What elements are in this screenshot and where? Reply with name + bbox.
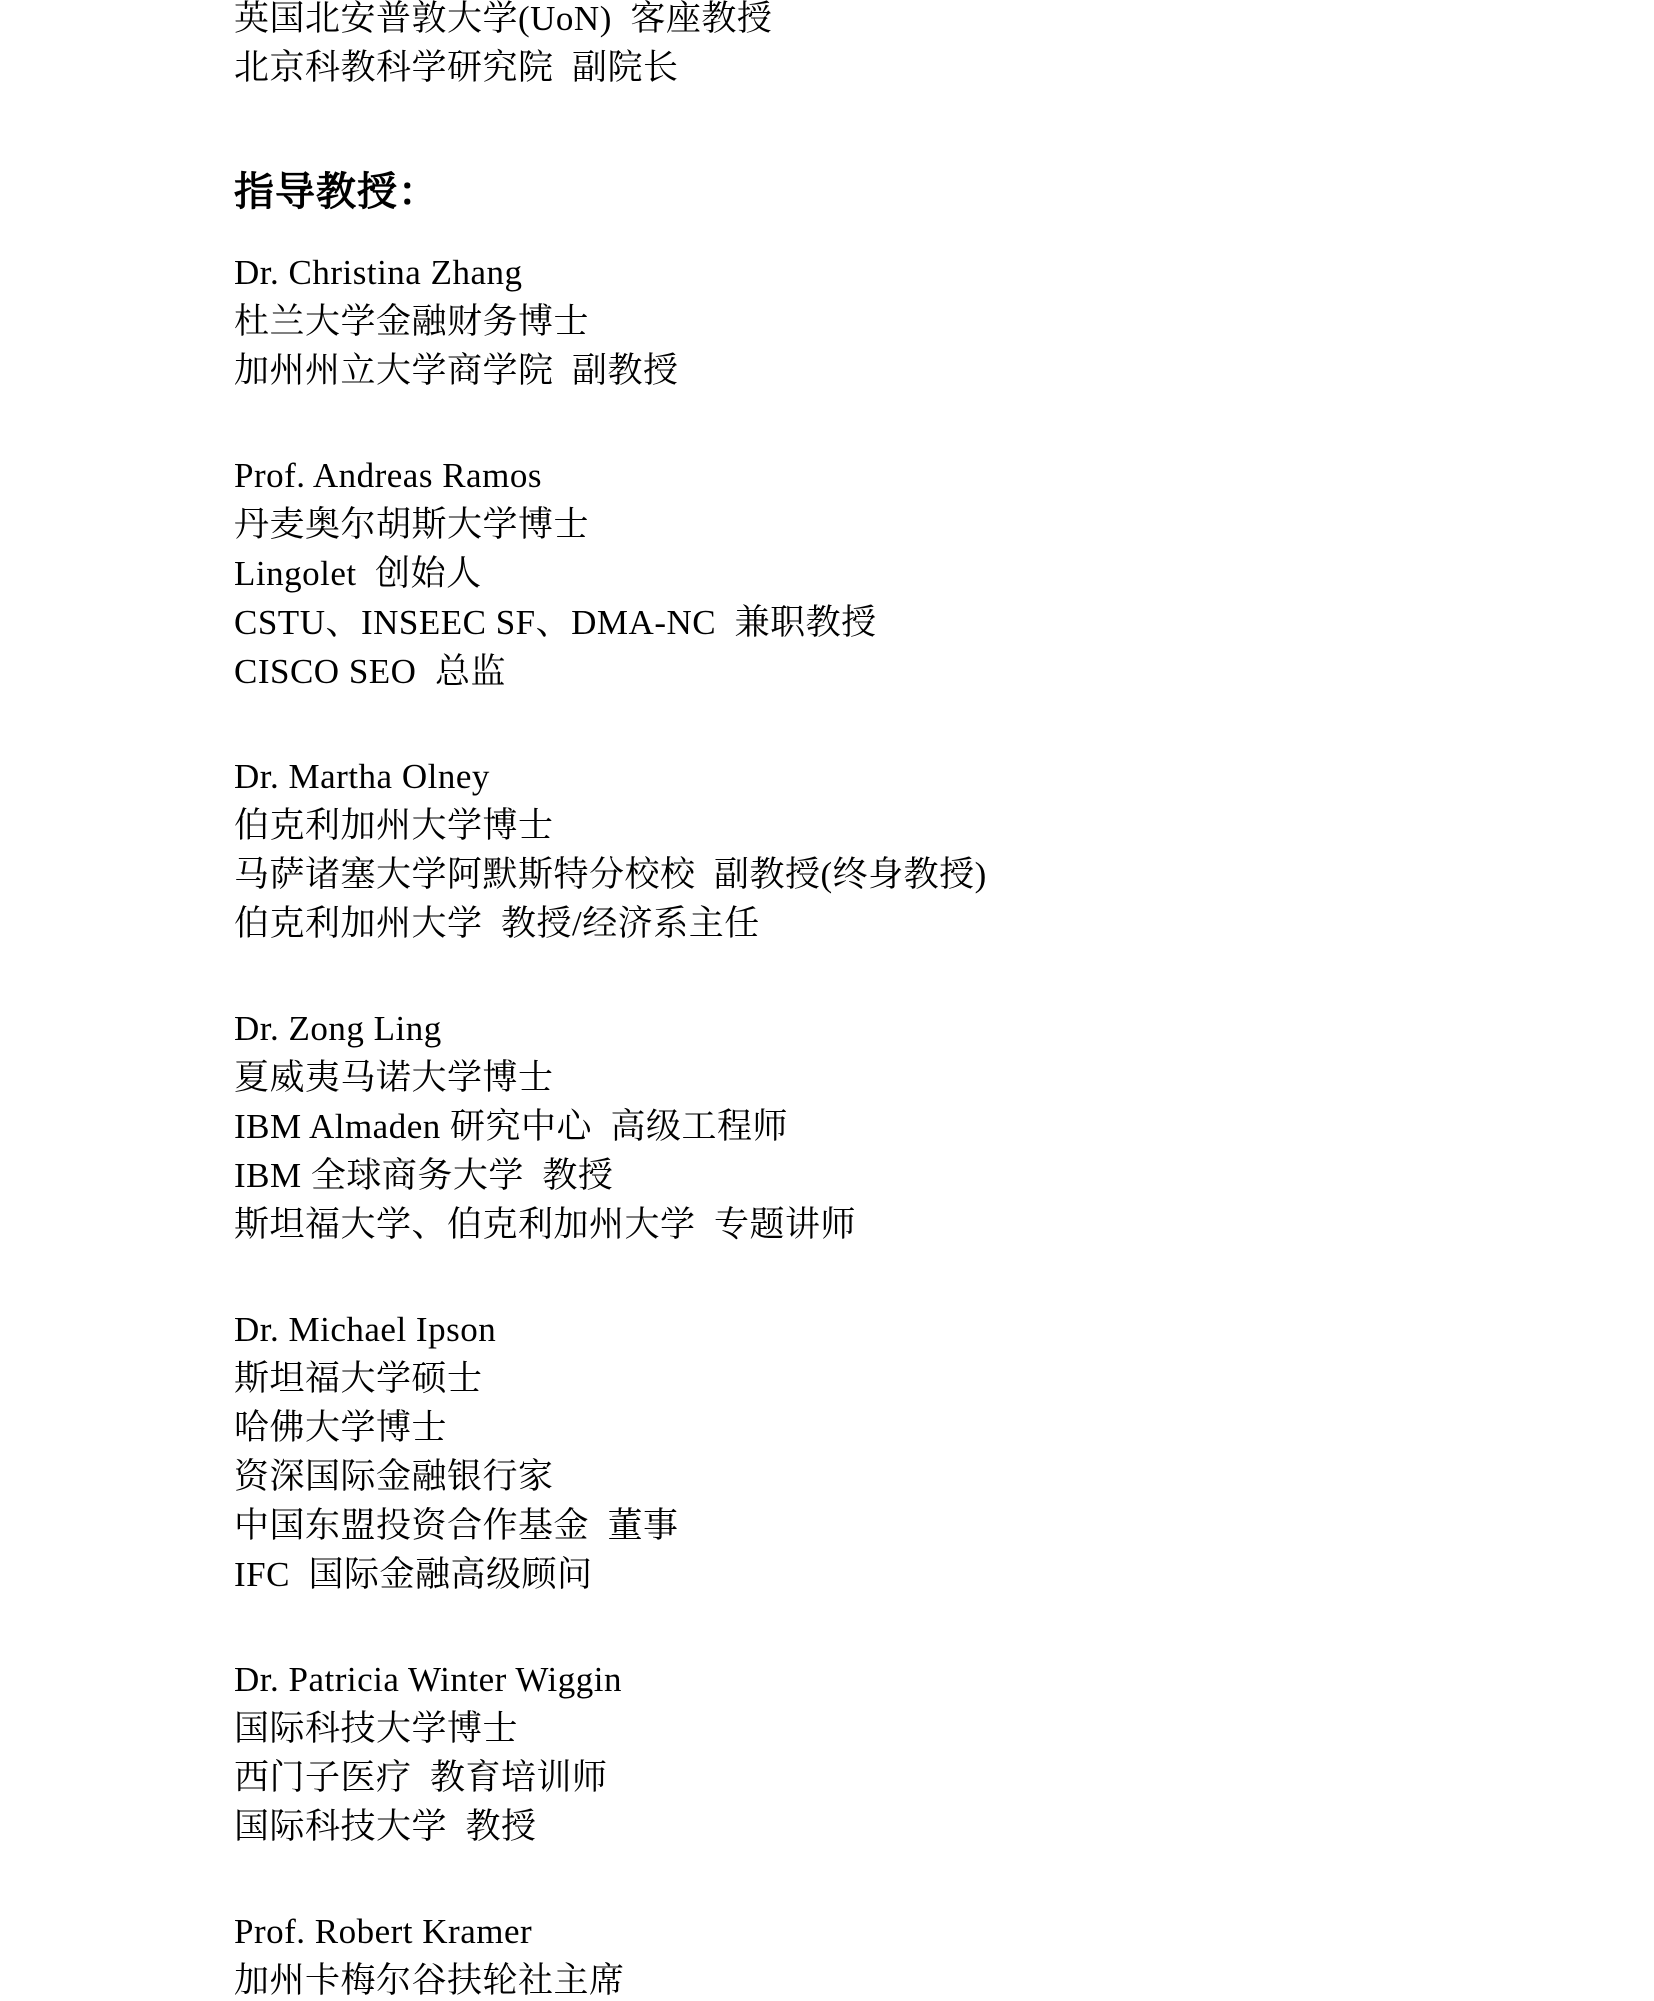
professor-credential: 中国东盟投资合作基金 董事 [234, 1501, 1574, 1550]
professor-credential: 国际科技大学博士 [234, 1704, 1574, 1753]
professor-block: Dr. Zong Ling 夏威夷马诺大学博士 IBM Almaden 研究中心… [234, 1004, 1574, 1249]
professor-block: Prof. Andreas Ramos 丹麦奥尔胡斯大学博士 Lingolet … [234, 451, 1574, 696]
header-block: 英国北安普敦大学(UoN) 客座教授 北京科教科学研究院 副院长 [234, 0, 1574, 92]
professor-credential: 马萨诸塞大学阿默斯特分校校 副教授(终身教授) [234, 850, 1574, 899]
professor-block: Dr. Michael Ipson 斯坦福大学硕士 哈佛大学博士 资深国际金融银… [234, 1305, 1574, 1599]
professor-credential: IFC 国际金融高级顾问 [234, 1550, 1574, 1599]
professor-block: Dr. Martha Olney 伯克利加州大学博士 马萨诸塞大学阿默斯特分校校… [234, 752, 1574, 948]
professor-name: Prof. Andreas Ramos [234, 451, 1574, 500]
section-heading: 指导教授： [234, 162, 1574, 222]
professor-credential: 夏威夷马诺大学博士 [234, 1053, 1574, 1102]
professor-name: Dr. Michael Ipson [234, 1305, 1574, 1354]
professor-credential: 资深国际金融银行家 [234, 1452, 1574, 1501]
professor-block: Dr. Christina Zhang 杜兰大学金融财务博士 加州州立大学商学院… [234, 248, 1574, 395]
professor-credential: 哈佛大学博士 [234, 1403, 1574, 1452]
professor-credential: CSTU、INSEEC SF、DMA-NC 兼职教授 [234, 598, 1574, 647]
professor-credential: CISCO SEO 总监 [234, 647, 1574, 696]
professor-credential: 国际科技大学 教授 [234, 1802, 1574, 1851]
professor-credential: Lingolet 创始人 [234, 549, 1574, 598]
document-content: 英国北安普敦大学(UoN) 客座教授 北京科教科学研究院 副院长 指导教授： D… [0, 0, 1654, 2001]
professor-credential: 加州卡梅尔谷扶轮社主席 [234, 1956, 1574, 2001]
professor-credential: 伯克利加州大学博士 [234, 801, 1574, 850]
professor-block: Dr. Patricia Winter Wiggin 国际科技大学博士 西门子医… [234, 1655, 1574, 1851]
document-page: 英国北安普敦大学(UoN) 客座教授 北京科教科学研究院 副院长 指导教授： D… [0, 0, 1654, 2001]
professor-name: Dr. Martha Olney [234, 752, 1574, 801]
professor-name: Dr. Patricia Winter Wiggin [234, 1655, 1574, 1704]
professor-credential: 斯坦福大学硕士 [234, 1354, 1574, 1403]
professor-name: Dr. Zong Ling [234, 1004, 1574, 1053]
professor-credential: 丹麦奥尔胡斯大学博士 [234, 500, 1574, 549]
professor-credential: IBM 全球商务大学 教授 [234, 1151, 1574, 1200]
professor-credential: 西门子医疗 教育培训师 [234, 1753, 1574, 1802]
professor-credential: 斯坦福大学、伯克利加州大学 专题讲师 [234, 1200, 1574, 1249]
header-line: 英国北安普敦大学(UoN) 客座教授 [234, 0, 1574, 43]
header-line: 北京科教科学研究院 副院长 [234, 43, 1574, 92]
professor-name: Prof. Robert Kramer [234, 1907, 1574, 1956]
professor-name: Dr. Christina Zhang [234, 248, 1574, 297]
professor-credential: IBM Almaden 研究中心 高级工程师 [234, 1102, 1574, 1151]
professor-credential: 伯克利加州大学 教授/经济系主任 [234, 899, 1574, 948]
professor-credential: 杜兰大学金融财务博士 [234, 297, 1574, 346]
professor-block: Prof. Robert Kramer 加州卡梅尔谷扶轮社主席 [234, 1907, 1574, 2001]
professor-credential: 加州州立大学商学院 副教授 [234, 346, 1574, 395]
